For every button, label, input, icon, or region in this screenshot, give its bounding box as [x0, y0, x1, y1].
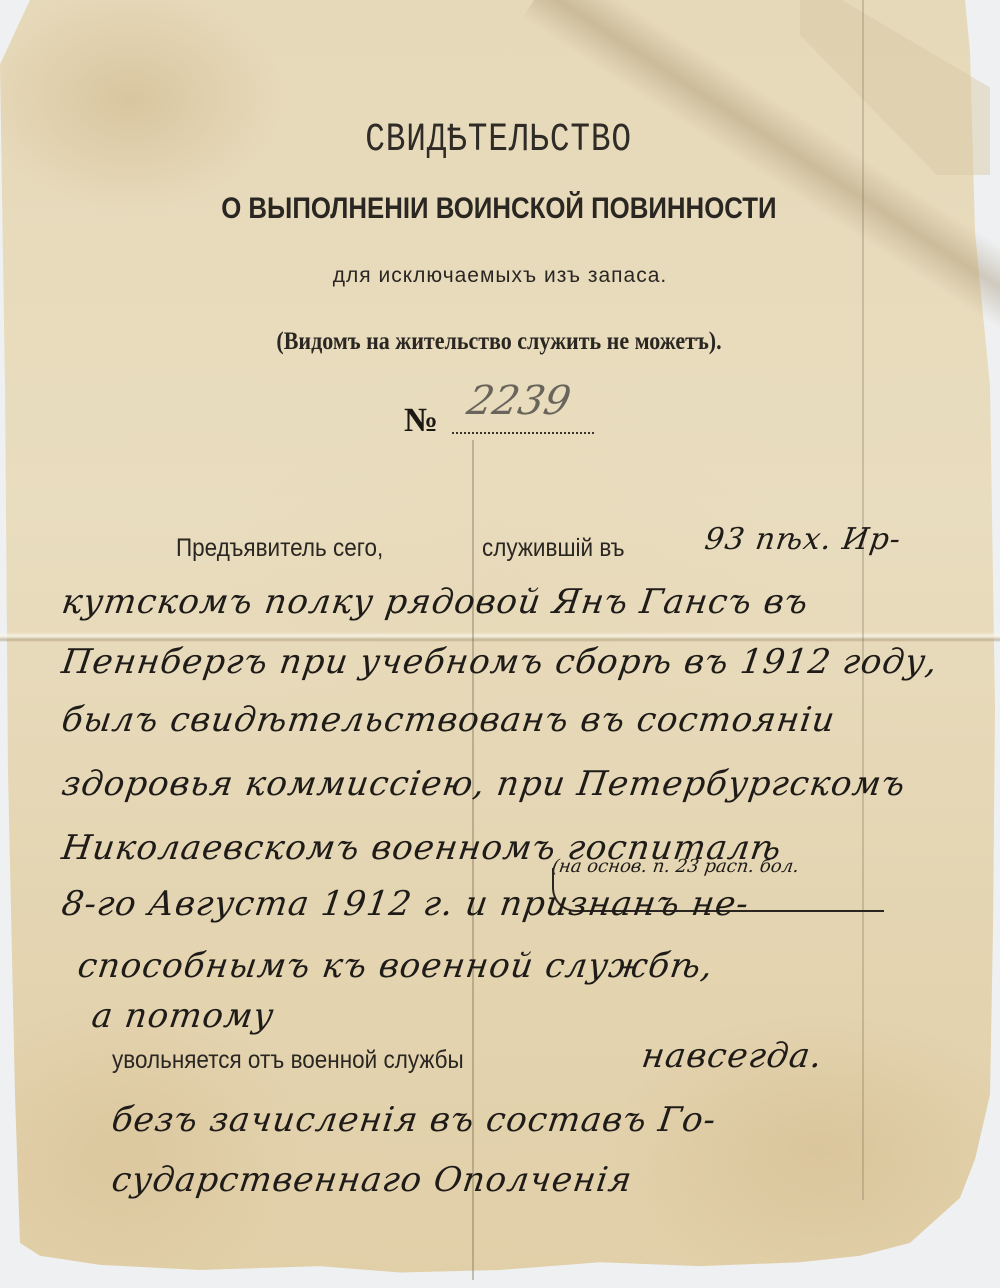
handwritten-line-10: безъ зачисленія въ составъ Го- — [109, 1100, 719, 1140]
handwritten-line-5: здоровья коммиссіею, при Петербургскомъ — [59, 764, 908, 804]
printed-served-in: служившій въ — [482, 534, 625, 563]
document-subtitle: О ВЫПОЛНЕНІИ ВОИНСКОЙ ПОВИННОСТИ — [69, 192, 929, 226]
handwritten-line-2: кутскомъ полку рядовой Янъ Гансъ въ — [59, 582, 811, 622]
document-for-line: для исключаемыхъ изъ запаса. — [0, 264, 1000, 288]
handwritten-line-3: Пеннбергъ при учебномъ сборѣ въ 1912 год… — [59, 642, 940, 682]
document-validity-note: (Видомъ на жительство служить не можетъ)… — [59, 328, 939, 356]
handwritten-line-9: а потому — [89, 996, 277, 1036]
vertical-fold-right — [862, 0, 864, 1200]
handwritten-line-4: былъ свидѣтельствованъ въ состояніи — [59, 700, 838, 740]
document-title: СВИДѢТЕЛЬСТВО — [89, 118, 909, 163]
handwritten-regiment-start: 93 пѣх. Ир- — [703, 522, 904, 557]
printed-bearer: Предъявитель сего, — [176, 534, 383, 563]
handwritten-line-11: сударственнаго Ополченія — [109, 1160, 635, 1200]
number-dotted-line — [452, 432, 594, 434]
number-sign: № — [404, 402, 438, 440]
printed-discharged: увольняется отъ военной службы — [112, 1046, 464, 1075]
handwritten-line-8: способнымъ къ военной службѣ, — [75, 946, 716, 986]
handwritten-forever: навсегда. — [639, 1036, 825, 1076]
handwritten-line-7: 8-го Августа 1912 г. и признанъ не- — [59, 884, 751, 924]
scanned-certificate: СВИДѢТЕЛЬСТВО О ВЫПОЛНЕНІИ ВОИНСКОЙ ПОВИ… — [0, 0, 1000, 1288]
certificate-number: 2239 — [463, 378, 575, 424]
horizontal-fold — [0, 632, 1000, 642]
